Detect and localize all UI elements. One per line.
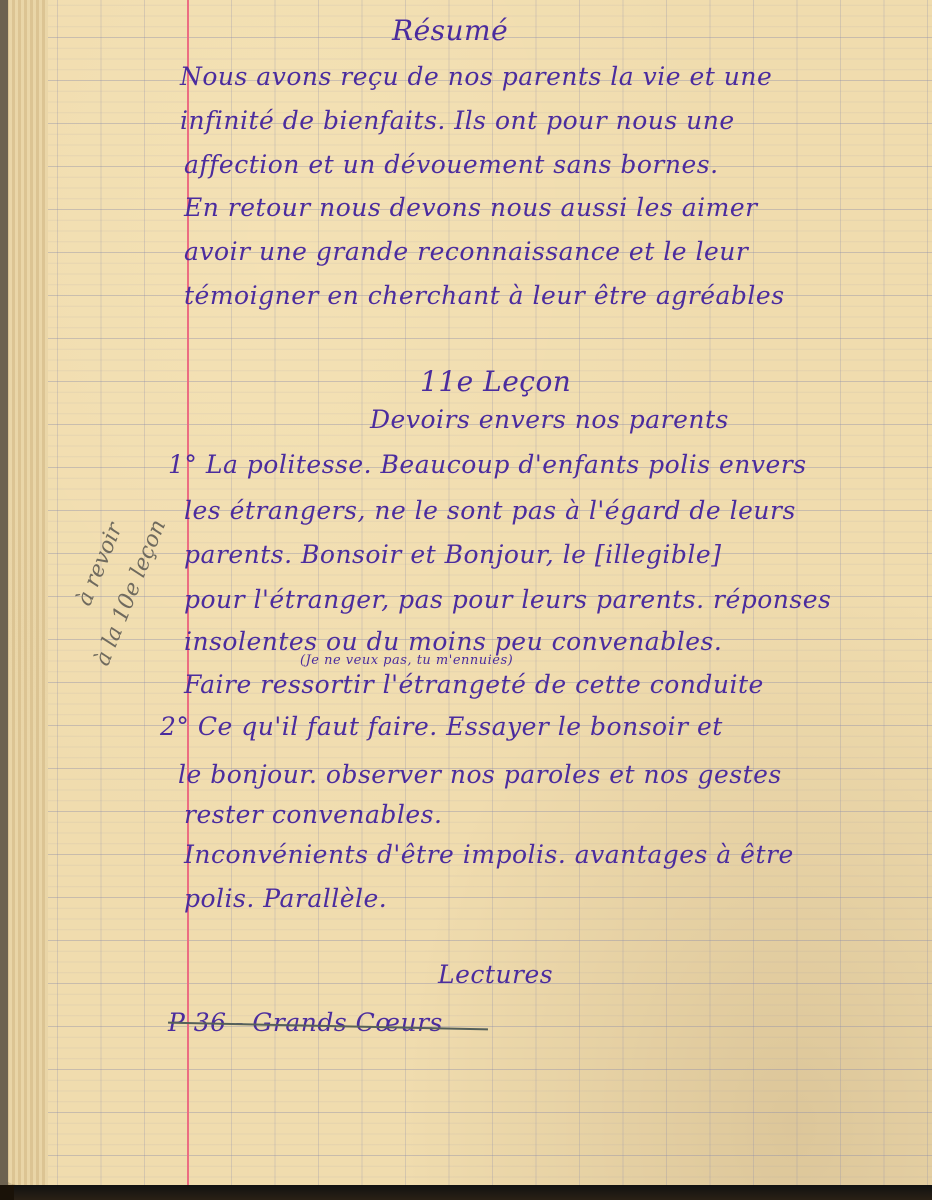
lesson-line: les étrangers, ne le sont pas à l'égard …	[184, 496, 796, 525]
lesson-number: 11e Leçon	[420, 365, 571, 398]
resume-line: infinité de bienfaits. Ils ont pour nous…	[180, 106, 735, 135]
lesson-line: Faire ressortir l'étrangeté de cette con…	[184, 670, 764, 699]
notebook-page: Résumé Nous avons reçu de nos parents la…	[0, 0, 932, 1185]
lesson-line: polis. Parallèle.	[184, 884, 387, 913]
lesson-line: le bonjour. observer nos paroles et nos …	[178, 760, 782, 789]
lectures-heading: Lectures	[438, 960, 553, 989]
lesson-line: parents. Bonsoir et Bonjour, le [illegib…	[184, 540, 721, 569]
lesson-line: pour l'étranger, pas pour leurs parents.…	[184, 585, 831, 614]
lesson-line: rester convenables.	[184, 800, 442, 829]
resume-heading: Résumé	[392, 14, 508, 47]
interlinear-note: (Je ne veux pas, tu m'ennuies)	[300, 653, 513, 668]
page-bottom-shadow	[14, 1185, 932, 1200]
resume-line: Nous avons reçu de nos parents la vie et…	[180, 62, 772, 91]
notebook-binding	[0, 0, 8, 1185]
resume-line: En retour nous devons nous aussi les aim…	[184, 193, 758, 222]
lesson-line: 1° La politesse. Beaucoup d'enfants poli…	[168, 450, 807, 479]
lesson-subtitle: Devoirs envers nos parents	[370, 405, 729, 434]
resume-line: affection et un dévouement sans bornes.	[184, 150, 719, 179]
lesson-line: 2° Ce qu'il faut faire. Essayer le bonso…	[160, 712, 723, 741]
lesson-line: Inconvénients d'être impolis. avantages …	[184, 840, 794, 869]
resume-line: avoir une grande reconnaissance et le le…	[184, 237, 748, 266]
resume-line: témoigner en cherchant à leur être agréa…	[184, 281, 785, 310]
lesson-line: insolentes ou du moins peu convenables.	[184, 627, 722, 656]
